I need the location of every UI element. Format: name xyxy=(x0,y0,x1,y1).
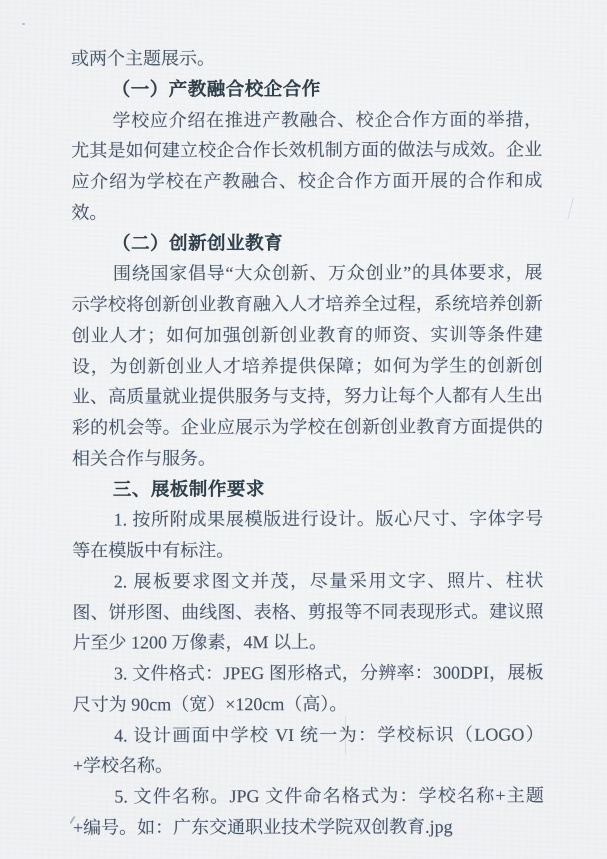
paragraph-industry-education-cooperation: 学校应介绍在推进产教融合、校企合作方面的举措，尤其是如何建立校企合作长效机制方面… xyxy=(71,104,542,228)
paragraph-requirement-item-2: 2. 展板要求图文并茂，尽量采用文字、照片、柱状图、饼形图、曲线图、表格、剪报等… xyxy=(72,565,543,658)
paragraph-requirement-item-3: 3. 文件格式：JPEG 图形格式，分辨率：300DPI，展板尺寸为 90cm（… xyxy=(73,657,544,720)
paragraph-requirement-item-5: 5. 文件名称。JPG 文件命名格式为：学校名称+主题+编号。如：广东交通职业技… xyxy=(73,780,544,843)
paragraph-theme-display-continuation: 或两个主题展示。 xyxy=(71,42,542,74)
scan-scratch xyxy=(567,198,573,220)
document-page: 或两个主题展示。 （一）产教融合校企合作 学校应介绍在推进产教融合、校企合作方面… xyxy=(0,0,607,859)
heading-industry-education-cooperation: （一）产教融合校企合作 xyxy=(71,73,542,105)
paragraph-requirement-item-4: 4. 设计画面中学校 VI 统一为：学校标识（LOGO）+学校名称。 xyxy=(73,719,544,782)
paragraph-innovation-entrepreneurship-education: 围绕国家倡导“大众创新、万众创业”的具体要求，展示学校将创新创业教育融入人才培养… xyxy=(72,258,544,474)
document-text-block: 或两个主题展示。 （一）产教融合校企合作 学校应介绍在推进产教融合、校企合作方面… xyxy=(71,42,544,843)
heading-panel-production-requirements: 三、展板制作要求 xyxy=(72,473,543,505)
paragraph-requirement-item-1: 1. 按所附成果展模版进行设计。版心尺寸、字体字号等在模版中有标注。 xyxy=(72,504,543,567)
heading-innovation-entrepreneurship-education: （二）创新创业教育 xyxy=(71,227,542,259)
scan-speck xyxy=(22,23,25,25)
